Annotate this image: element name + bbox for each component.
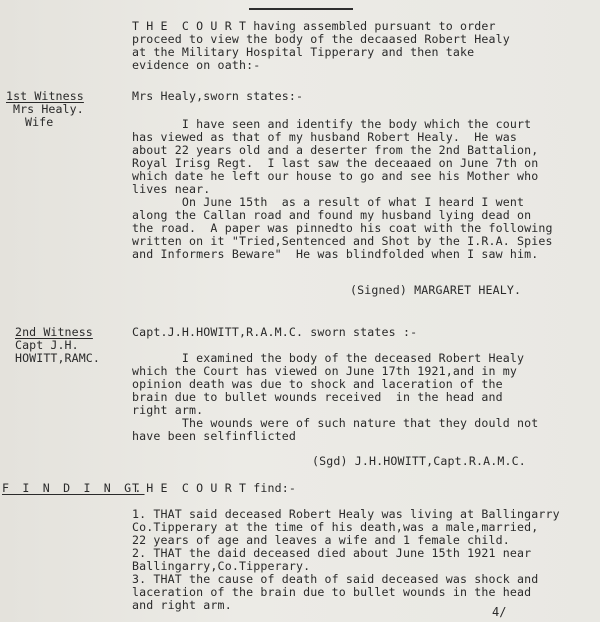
document-page: T H E C O U R T having assembled pursuan… <box>0 0 600 622</box>
witness1-header: Mrs Healy,sworn states:- <box>132 90 303 103</box>
finding-header: T H E C O U R T find:- <box>132 482 296 495</box>
finding-court: T H E C O U R T <box>132 481 246 495</box>
finding-line: and right arm. <box>132 599 232 612</box>
page-number: 4/ <box>492 605 506 619</box>
intro-line-4: evidence on oath:- <box>132 59 260 72</box>
witness2-signature: (Sgd) J.H.HOWITT,Capt.R.A.M.C. <box>312 455 526 468</box>
intro-heading: T H E C O U R T <box>132 19 246 33</box>
finding-find: find:- <box>246 481 296 495</box>
witness2-line: have been selfinflicted <box>132 430 296 443</box>
witness1-line: and Informers Beware" He was blindfolded… <box>132 248 538 261</box>
witness2-header: Capt.J.H.HOWITT,R.A.M.C. sworn states :- <box>132 326 417 339</box>
top-rule <box>249 8 353 10</box>
finding-label: F I N D I N G. <box>2 482 145 495</box>
witness1-relation: Wife <box>25 116 53 129</box>
witness2-name-2: HOWITT,RAMC. <box>15 352 100 365</box>
witness1-signature: (Signed) MARGARET HEALY. <box>350 284 521 297</box>
